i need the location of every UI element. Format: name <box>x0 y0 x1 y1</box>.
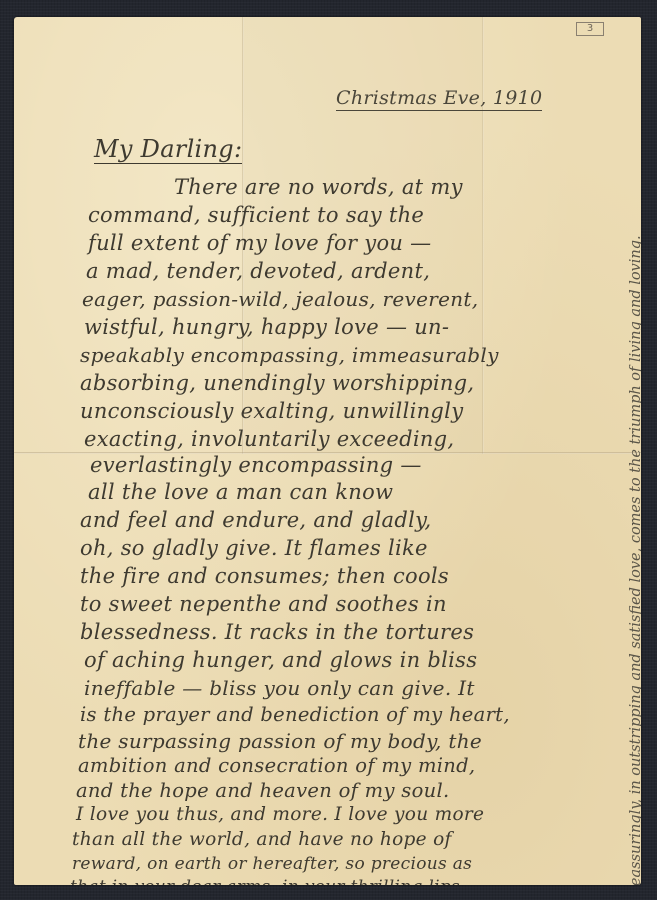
body-line: oh, so gladly give. It flames like <box>80 536 428 560</box>
body-line: and the hope and heaven of my soul. <box>76 779 450 802</box>
body-line: all the love a man can know <box>88 480 393 504</box>
body-line: absorbing, unendingly worshipping, <box>80 371 474 395</box>
body-line: I love you thus, and more. I love you mo… <box>76 804 484 825</box>
body-line: the surpassing passion of my body, the <box>78 729 482 753</box>
fold-line-right <box>482 17 484 454</box>
body-line: a mad, tender, devoted, ardent, <box>86 259 430 283</box>
letter-date: Christmas Eve, 1910 <box>336 87 542 111</box>
margin-note-text: love, comes to the triumph of living and… <box>628 235 641 587</box>
margin-note-underlined: satisfied <box>628 587 641 649</box>
body-line: ineffable — bliss you only can give. It <box>84 676 475 700</box>
body-line: ambition and consecration of my mind, <box>78 754 475 777</box>
body-line: of aching hunger, and glows in bliss <box>84 648 477 672</box>
body-line: to sweet nepenthe and soothes in <box>80 592 447 616</box>
body-line: and feel and endure, and gladly, <box>80 508 431 532</box>
margin-note-underlined: outstripping <box>628 685 641 776</box>
body-line: unconsciously exalting, unwillingly <box>80 399 463 423</box>
body-line: There are no words, at my <box>174 175 463 199</box>
salutation: My Darling: <box>94 135 242 164</box>
body-line: reward, on earth or hereafter, so precio… <box>72 854 472 874</box>
body-line: speakably encompassing, immeasurably <box>80 343 499 367</box>
margin-note-text: reassuringly, in <box>628 776 641 885</box>
body-line: is the prayer and benediction of my hear… <box>80 703 510 726</box>
letter-page: 3 Christmas Eve, 1910 My Darling: There … <box>14 17 641 885</box>
body-line: everlastingly encompassing — <box>90 453 422 477</box>
body-line: full extent of my love for you — <box>88 231 432 255</box>
catalog-number: 001209-c <box>34 883 95 885</box>
body-line: eager, passion-wild, jealous, reverent, <box>82 287 478 311</box>
body-line: command, sufficient to say the <box>88 203 424 227</box>
margin-note-text: and <box>628 649 641 685</box>
margin-note-vertical: reassuringly, in outstripping and satisf… <box>628 235 641 885</box>
body-line: the fire and consumes; then cools <box>80 564 449 588</box>
body-line: than all the world, and have no hope of <box>72 829 452 850</box>
body-line: that in your dear arms, in your thrillin… <box>70 877 466 885</box>
page-number-stamp: 3 <box>576 22 604 36</box>
body-line: blessedness. It racks in the tortures <box>80 620 474 644</box>
body-line: wistful, hungry, happy love — un- <box>84 315 449 339</box>
body-line: exacting, involuntarily exceeding, <box>84 427 454 451</box>
